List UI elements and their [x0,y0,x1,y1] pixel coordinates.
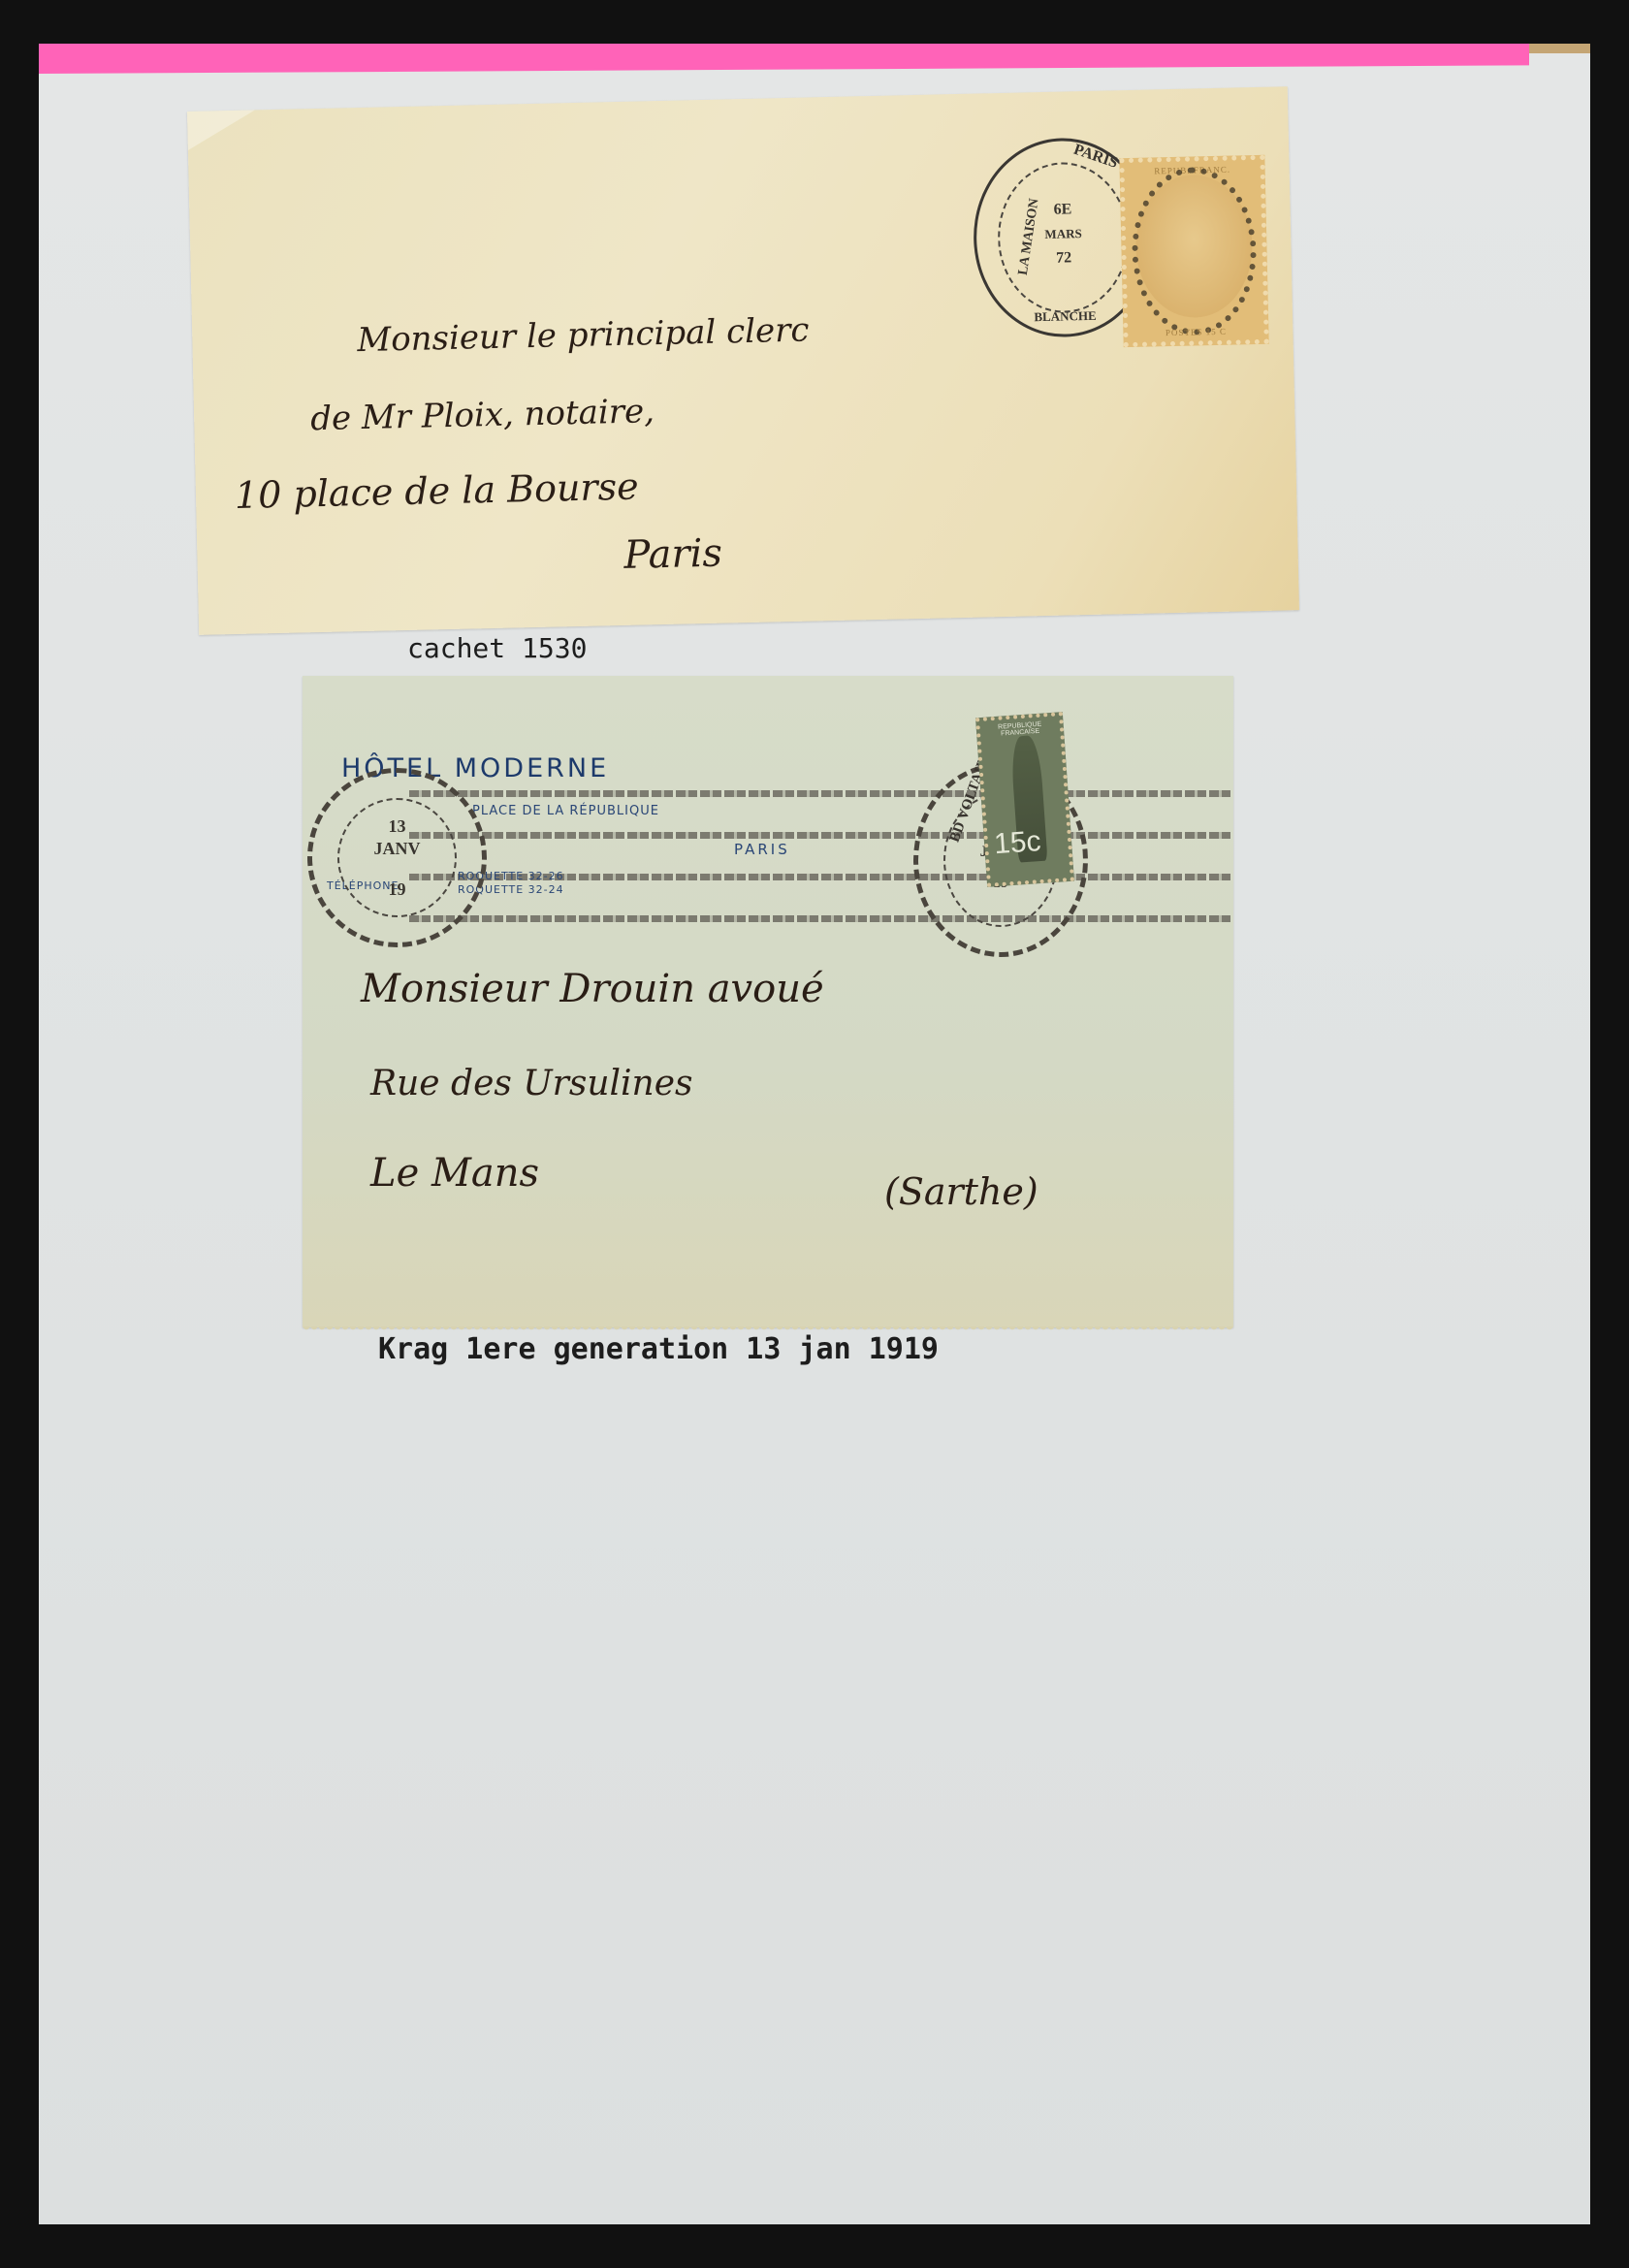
address-line-3: 10 place de la Bourse [234,465,639,517]
caption-cachet: cachet 1530 [407,632,587,664]
letter-card-hotel-moderne: HÔTEL MODERNE PLACE DE LA RÉPUBLIQUE PAR… [303,676,1233,1327]
card-address-line-1: Monsieur Drouin avoué [361,967,824,1011]
page-tab-corner [1529,44,1590,53]
card-address-line-2: Rue des Ursulines [370,1064,693,1103]
letterhead-city: PARIS [734,841,790,858]
letterhead-address: PLACE DE LA RÉPUBLIQUE [472,804,659,818]
card-address-line-4: (Sarthe) [884,1170,1038,1213]
envelope-cover-1: PARIS LA MAISON BLANCHE 6E MARS 72 REPUB… [187,86,1299,635]
stamp-ceres-15c: REPUB. FRANC. POSTES 15 C [1119,155,1268,347]
mount-corner [187,110,256,150]
caption-krag: Krag 1ere generation 13 jan 1919 [378,1332,939,1366]
card-address-line-3: Le Mans [370,1151,539,1196]
postmark-left: 13 JANV 19 [307,768,487,947]
address-line-4: Paris [623,531,722,578]
address-line-2: de Mr Ploix, notaire, [310,392,655,438]
dotted-cancel [1131,166,1259,336]
address-line-1: Monsieur le principal clerc [357,311,810,361]
stamp-semeuse-15c: REPUBLIQUE FRANCAISE 15c [975,712,1074,887]
